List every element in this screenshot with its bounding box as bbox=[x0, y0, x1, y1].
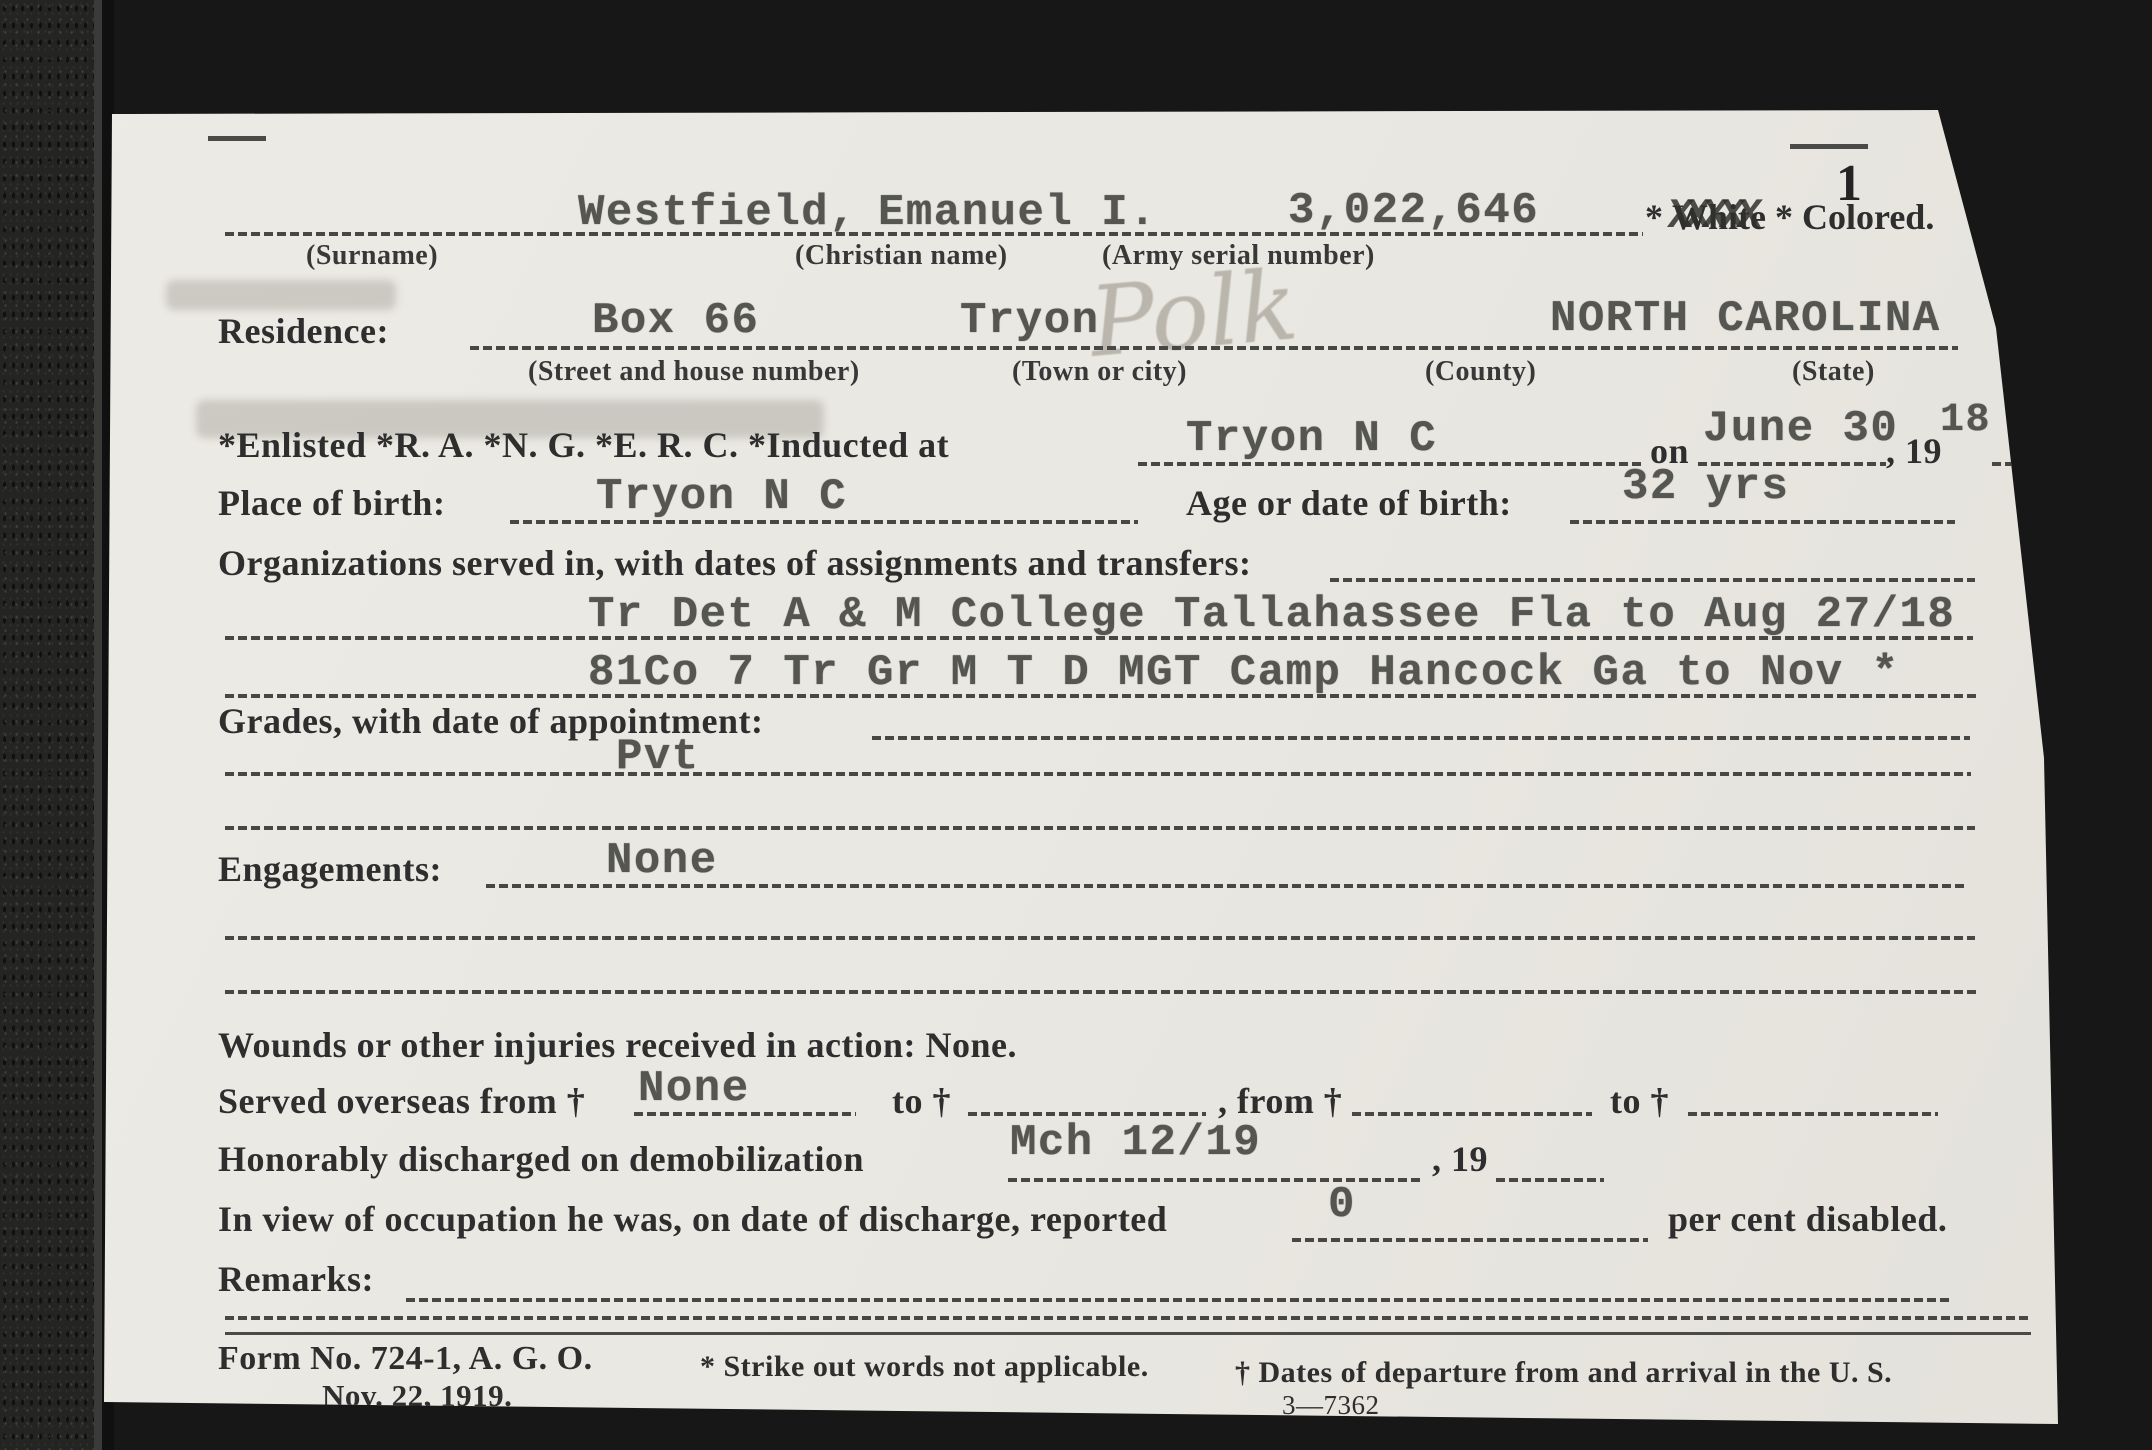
organizations-line-2: 81Co 7 Tr Gr M T D MGT Camp Hancock Ga t… bbox=[588, 648, 1900, 698]
organizations-rule-2 bbox=[225, 694, 1977, 698]
organizations-label: Organizations served in, with dates of a… bbox=[218, 542, 1252, 584]
place-of-birth-label: Place of birth: bbox=[218, 482, 445, 524]
organizations-rule-1 bbox=[225, 636, 1973, 640]
discharge-year-prefix: , 19 bbox=[1432, 1138, 1488, 1180]
engagements-rule bbox=[486, 884, 1968, 888]
race-star-1: * bbox=[1645, 197, 1663, 237]
race-white-strikeout: XXXXX bbox=[1665, 192, 1756, 240]
race-selection: * White XXXXX * Colored. bbox=[1645, 196, 1934, 238]
state-value: NORTH CAROLINA bbox=[1550, 294, 1941, 344]
age-label: Age or date of birth: bbox=[1186, 482, 1512, 524]
county-caption: (County) bbox=[1425, 356, 1536, 388]
grades-rule-1 bbox=[225, 772, 1971, 776]
year-prefix: , 19 bbox=[1886, 430, 1942, 472]
discharge-label: Honorably discharged on demobilization bbox=[218, 1138, 864, 1180]
place-of-birth-value: Tryon N C bbox=[596, 472, 847, 522]
serial-number-value: 3,022,646 bbox=[1288, 186, 1539, 236]
page-number-rule bbox=[1790, 144, 1868, 149]
discharge-date-value: Mch 12/19 bbox=[1010, 1118, 1261, 1168]
race-colored-label: Colored. bbox=[1802, 197, 1934, 237]
disability-rule bbox=[1292, 1238, 1648, 1242]
enlist-date-value: June 30 bbox=[1703, 404, 1898, 454]
disability-suffix: per cent disabled. bbox=[1668, 1198, 1947, 1240]
engagements-label: Engagements: bbox=[218, 848, 442, 890]
enlist-year-rule bbox=[1992, 462, 2050, 466]
blank-rule-2 bbox=[225, 990, 1979, 994]
age-value: 32 yrs bbox=[1622, 462, 1789, 512]
scanned-card-background: 1 Westfield, Emanuel I. 3,022,646 * Whit… bbox=[0, 0, 2152, 1450]
film-edge-line bbox=[94, 0, 102, 1450]
street-caption: (Street and house number) bbox=[528, 356, 860, 388]
footnote-dagger: † Dates of departure from and arrival in… bbox=[1235, 1356, 1892, 1390]
disability-label: In view of occupation he was, on date of… bbox=[218, 1198, 1167, 1240]
disability-value: 0 bbox=[1328, 1180, 1356, 1230]
service-record-card: 1 Westfield, Emanuel I. 3,022,646 * Whit… bbox=[0, 0, 2152, 1450]
form-number: Form No. 724-1, A. G. O. bbox=[218, 1340, 593, 1378]
footer-solid-rule bbox=[225, 1332, 2031, 1335]
surname-caption: (Surname) bbox=[306, 240, 438, 272]
remarks-rule bbox=[406, 1298, 1952, 1302]
street-value: Box 66 bbox=[592, 296, 759, 346]
enlist-year-value: 18 bbox=[1940, 398, 1991, 443]
residence-rule bbox=[470, 346, 1958, 350]
overseas-from1-label: Served overseas from † bbox=[218, 1080, 585, 1122]
residence-label: Residence: bbox=[218, 310, 389, 352]
christian-name-caption: (Christian name) bbox=[795, 240, 1008, 272]
overseas-rule-4 bbox=[1688, 1112, 1938, 1116]
town-caption: (Town or city) bbox=[1012, 356, 1187, 388]
name-rule bbox=[225, 232, 1643, 236]
footer-dashed-rule bbox=[225, 1316, 2031, 1320]
surname-value: Westfield, bbox=[578, 188, 857, 238]
footnote-strike: * Strike out words not applicable. bbox=[700, 1350, 1149, 1384]
discharge-rule-1 bbox=[1008, 1178, 1420, 1182]
race-white-struck: White XXXXX bbox=[1672, 196, 1766, 238]
overseas-rule-3 bbox=[1352, 1112, 1592, 1116]
wounds-label: Wounds or other injuries received in act… bbox=[218, 1024, 1017, 1066]
age-rule bbox=[1570, 520, 1955, 524]
organizations-rule-0 bbox=[1330, 578, 1975, 582]
overseas-to2-label: to † bbox=[1610, 1080, 1669, 1122]
inducted-at-value: Tryon N C bbox=[1186, 414, 1437, 464]
town-value: Tryon bbox=[960, 296, 1100, 346]
top-left-mark bbox=[208, 136, 266, 141]
grades-rule-0 bbox=[872, 736, 1970, 740]
overseas-to1-label: to † bbox=[892, 1080, 951, 1122]
grades-rule-2 bbox=[225, 826, 1975, 830]
overseas-rule-1 bbox=[634, 1112, 856, 1116]
overseas-from2-label: , from † bbox=[1218, 1080, 1342, 1122]
discharge-rule-2 bbox=[1496, 1178, 1604, 1182]
enlistment-prefix: *Enlisted *R. A. *N. G. *E. R. C. *Induc… bbox=[218, 424, 949, 466]
remarks-label: Remarks: bbox=[218, 1258, 374, 1300]
overseas-from1-value: None bbox=[638, 1064, 750, 1114]
smudge-mark bbox=[166, 280, 396, 310]
overseas-rule-2 bbox=[968, 1112, 1206, 1116]
engagements-value: None bbox=[606, 836, 718, 886]
print-code: 3—7362 bbox=[1282, 1390, 1380, 1421]
blank-rule-1 bbox=[225, 936, 1975, 940]
state-caption: (State) bbox=[1792, 356, 1875, 388]
film-edge-texture bbox=[0, 0, 94, 1450]
christian-name-value: Emanuel I. bbox=[878, 188, 1157, 238]
organizations-line-1: Tr Det A & M College Tallahassee Fla to … bbox=[588, 590, 1955, 640]
form-date: Nov. 22, 1919. bbox=[322, 1378, 512, 1414]
race-star-2: * bbox=[1775, 197, 1793, 237]
